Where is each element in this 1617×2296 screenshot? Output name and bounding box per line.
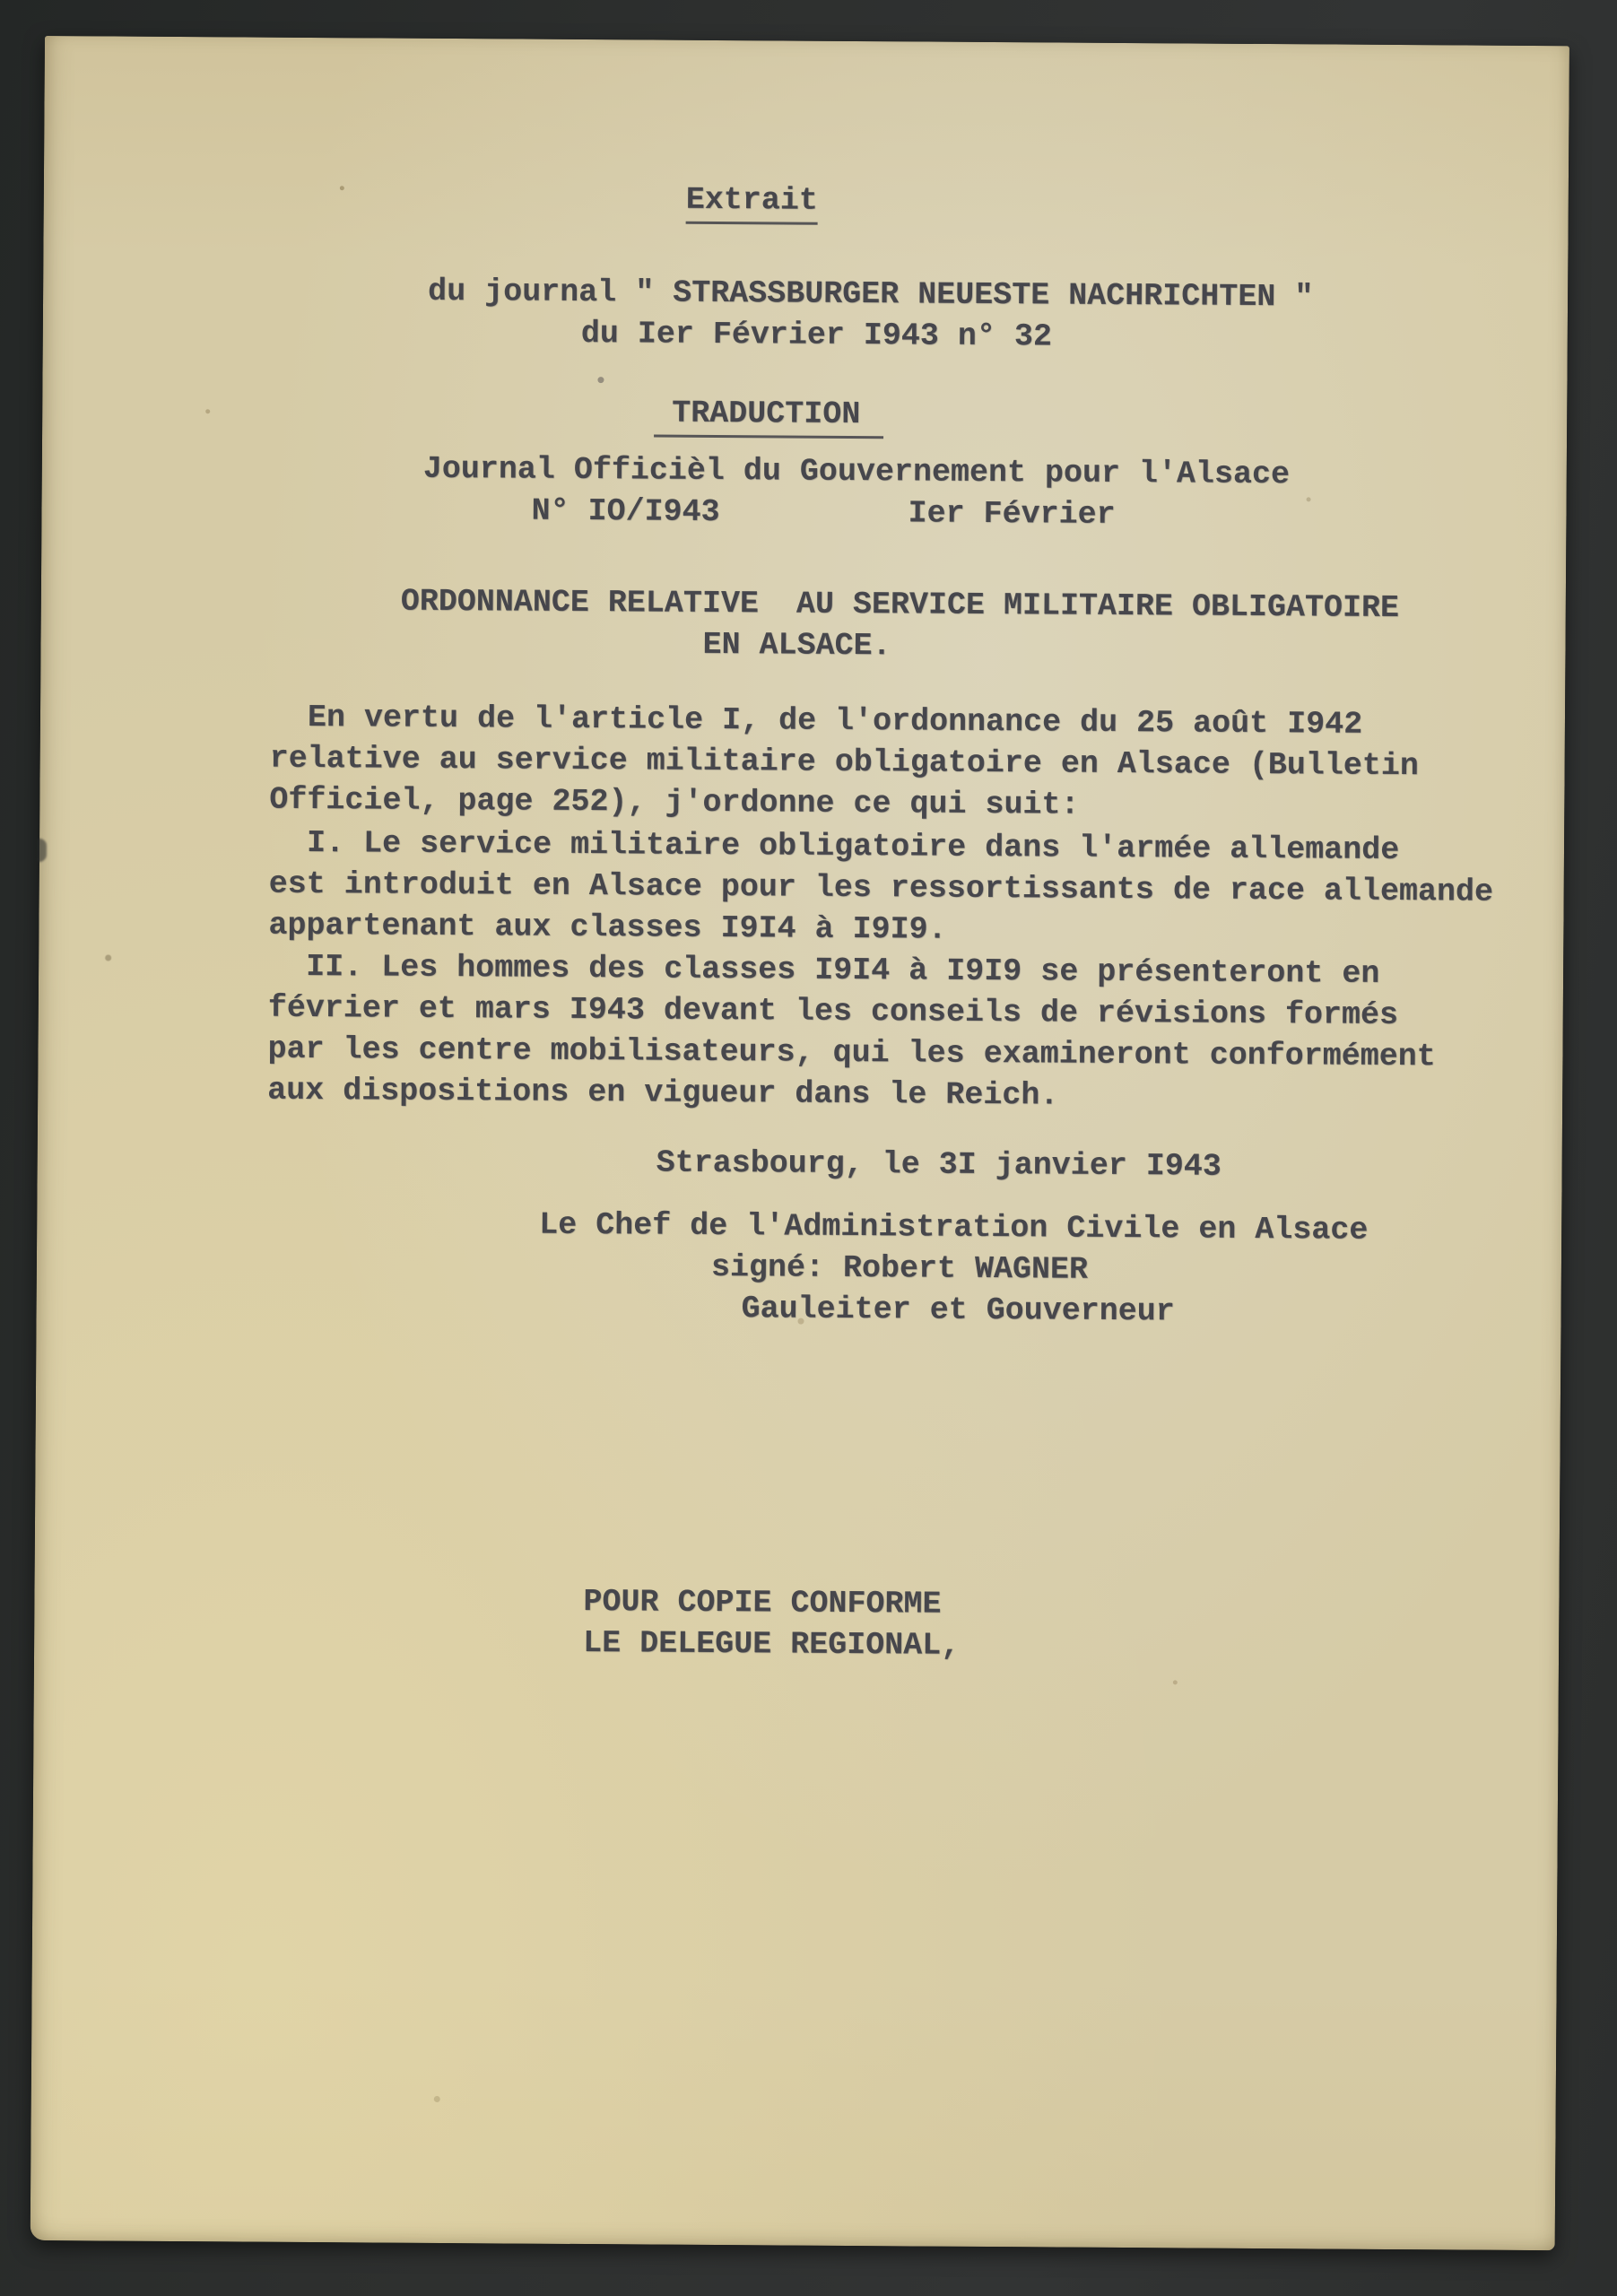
article-1-line-1: I. Le service militaire obligatoire dans… xyxy=(269,825,1399,868)
article-1-line-2: est introduit en Alsace pour les ressort… xyxy=(269,866,1493,910)
source-line-1: du journal " STRASSBURGER NEUESTE NACHRI… xyxy=(428,274,1313,316)
ordinance-heading-line-2: EN ALSACE. xyxy=(702,627,891,664)
journal-line-1: Journal Officièl du Gouvernement pour l'… xyxy=(423,451,1290,492)
doc-title: Extrait xyxy=(686,182,818,225)
ordinance-heading-line-1: ORDONNANCE RELATIVE AU SERVICE MILITAIRE… xyxy=(401,584,1399,626)
traduction-heading: TRADUCTION xyxy=(654,396,883,439)
signature-signed-line: signé: Robert WAGNER xyxy=(711,1249,1088,1288)
paper-speck xyxy=(340,186,344,190)
intro-paragraph-line-2: relative au service militaire obligatoir… xyxy=(270,741,1419,784)
article-2-line-2: février et mars I943 devant les conseils… xyxy=(268,990,1398,1033)
article-1-line-3: appartenant aux classes I9I4 à I9I9. xyxy=(268,908,946,948)
intro-paragraph-line-3: Officiel, page 252), j'ordonne ce qui su… xyxy=(269,782,1079,823)
copy-certification-line-1: POUR COPIE CONFORME xyxy=(583,1584,941,1622)
copy-certification-line-2: LE DELEGUE REGIONAL, xyxy=(583,1625,960,1664)
paper-edge-nick xyxy=(38,839,47,862)
signature-role-line: Le Chef de l'Administration Civile en Al… xyxy=(539,1207,1368,1248)
signature-title-line: Gauleiter et Gouverneur xyxy=(741,1291,1174,1329)
article-2-line-3: par les centre mobilisateurs, qui les ex… xyxy=(267,1031,1435,1075)
dateline: Strasbourg, le 3I janvier I943 xyxy=(656,1145,1221,1185)
intro-paragraph-line-1: En vertu de l'article I, de l'ordonnance… xyxy=(270,700,1362,743)
source-line-2: du Ier Février I943 n° 32 xyxy=(581,316,1052,354)
article-2-line-1: II. Les hommes des classes I9I4 à I9I9 s… xyxy=(268,949,1379,992)
article-2-line-4: aux dispositions en vigueur dans le Reic… xyxy=(267,1073,1058,1114)
journal-line-2: N° IO/I943 Ier Février xyxy=(531,493,1115,533)
document-page: Extrait du journal " STRASSBURGER NEUEST… xyxy=(30,36,1569,2250)
